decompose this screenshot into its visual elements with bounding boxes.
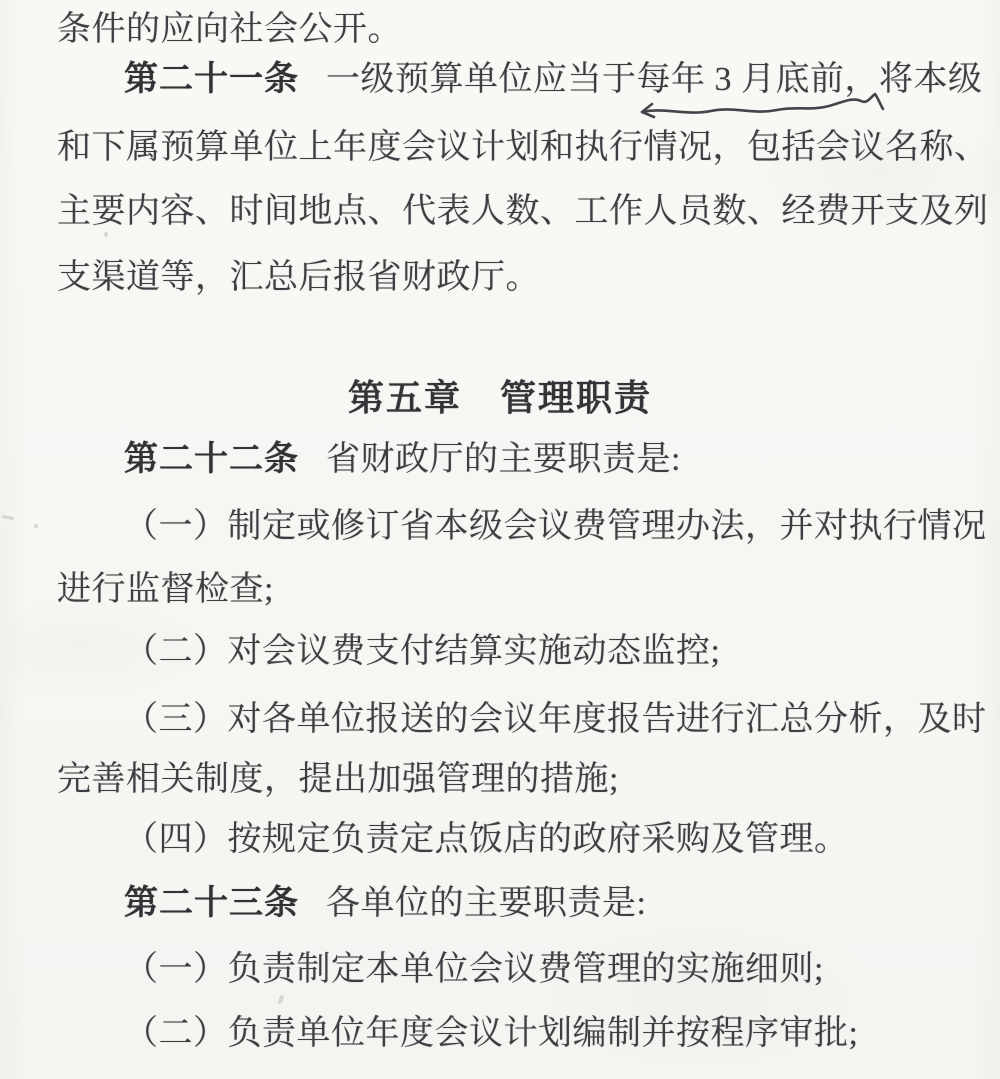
body-text: （三）对各单位报送的会议年度报告进行汇总分析，及时 bbox=[124, 701, 987, 738]
article-22-item-3-line-1: （三）对各单位报送的会议年度报告进行汇总分析，及时 bbox=[124, 698, 987, 742]
body-text: 一级预算单位应当于 bbox=[326, 61, 637, 98]
article-22-item-2: （二）对会议费支付结算实施动态监控; bbox=[124, 630, 720, 674]
scan-speck bbox=[2, 515, 14, 520]
body-text: （二）负责单位年度会议计划编制并按程序审批; bbox=[124, 1015, 858, 1052]
article-23-opening-line: 第二十三条各单位的主要职责是: bbox=[124, 882, 646, 926]
paragraph-end-line: 条件的应向社会公开。 bbox=[57, 8, 402, 52]
article-23-item-2: （二）负责单位年度会议计划编制并按程序审批; bbox=[124, 1012, 858, 1056]
article-23-item-1: （一）负责制定本单位会议费管理的实施细则; bbox=[124, 948, 824, 992]
body-text: 条件的应向社会公开。 bbox=[57, 11, 402, 48]
article-22-item-1-line-2: 进行监督检查; bbox=[57, 568, 274, 612]
article-22-item-1-line-1: （一）制定或修订省本级会议费管理办法，并对执行情况 bbox=[124, 505, 987, 549]
chapter-title: 第五章 管理职责 bbox=[348, 377, 652, 418]
article-23-number: 第二十三条 bbox=[124, 885, 299, 922]
article-21-opening-line: 第二十一条一级预算单位应当于每年 3 月底前 ，将本级 bbox=[124, 58, 983, 102]
chapter-5-heading: 第五章 管理职责 bbox=[0, 376, 1000, 420]
scan-speck bbox=[104, 232, 108, 237]
body-text: （四）按规定负责定点饭店的政府采购及管理。 bbox=[124, 821, 849, 858]
body-text: 完善相关制度，提出加强管理的措施; bbox=[57, 761, 619, 798]
body-text: 和下属预算单位上年度会议计划和执行情况，包括会议名称、 bbox=[57, 129, 989, 166]
article-22-item-4: （四）按规定负责定点饭店的政府采购及管理。 bbox=[124, 818, 849, 862]
body-text: （一）负责制定本单位会议费管理的实施细则; bbox=[124, 951, 824, 988]
body-text: 支渠道等，汇总后报省财政厅。 bbox=[57, 259, 540, 296]
annotated-date-phrase: 每年 3 月底前 bbox=[637, 58, 845, 102]
body-text: （一）制定或修订省本级会议费管理办法，并对执行情况 bbox=[124, 508, 987, 545]
article-21-continuation-2: 主要内容、时间地点、代表人数、工作人员数、经费开支及列 bbox=[57, 190, 989, 234]
article-21-continuation-3: 支渠道等，汇总后报省财政厅。 bbox=[57, 256, 540, 300]
body-text: 进行监督检查; bbox=[57, 571, 274, 608]
article-22-number: 第二十二条 bbox=[124, 441, 299, 478]
body-text: 各单位的主要职责是: bbox=[326, 885, 646, 922]
article-21-number: 第二十一条 bbox=[124, 61, 299, 98]
article-21-continuation-1: 和下属预算单位上年度会议计划和执行情况，包括会议名称、 bbox=[57, 126, 989, 170]
body-text: 省财政厅的主要职责是: bbox=[326, 441, 681, 478]
article-22-item-3-line-2: 完善相关制度，提出加强管理的措施; bbox=[57, 758, 619, 802]
body-text: （二）对会议费支付结算实施动态监控; bbox=[124, 633, 720, 670]
article-22-opening-line: 第二十二条省财政厅的主要职责是: bbox=[124, 438, 681, 482]
scan-speck bbox=[34, 524, 38, 528]
body-text: 主要内容、时间地点、代表人数、工作人员数、经费开支及列 bbox=[57, 193, 989, 230]
scan-speck bbox=[278, 995, 285, 1005]
hand-drawn-underline-mark bbox=[639, 92, 889, 126]
scanned-document-page: 条件的应向社会公开。 第二十一条一级预算单位应当于每年 3 月底前 ，将本级 和… bbox=[0, 0, 1000, 1079]
